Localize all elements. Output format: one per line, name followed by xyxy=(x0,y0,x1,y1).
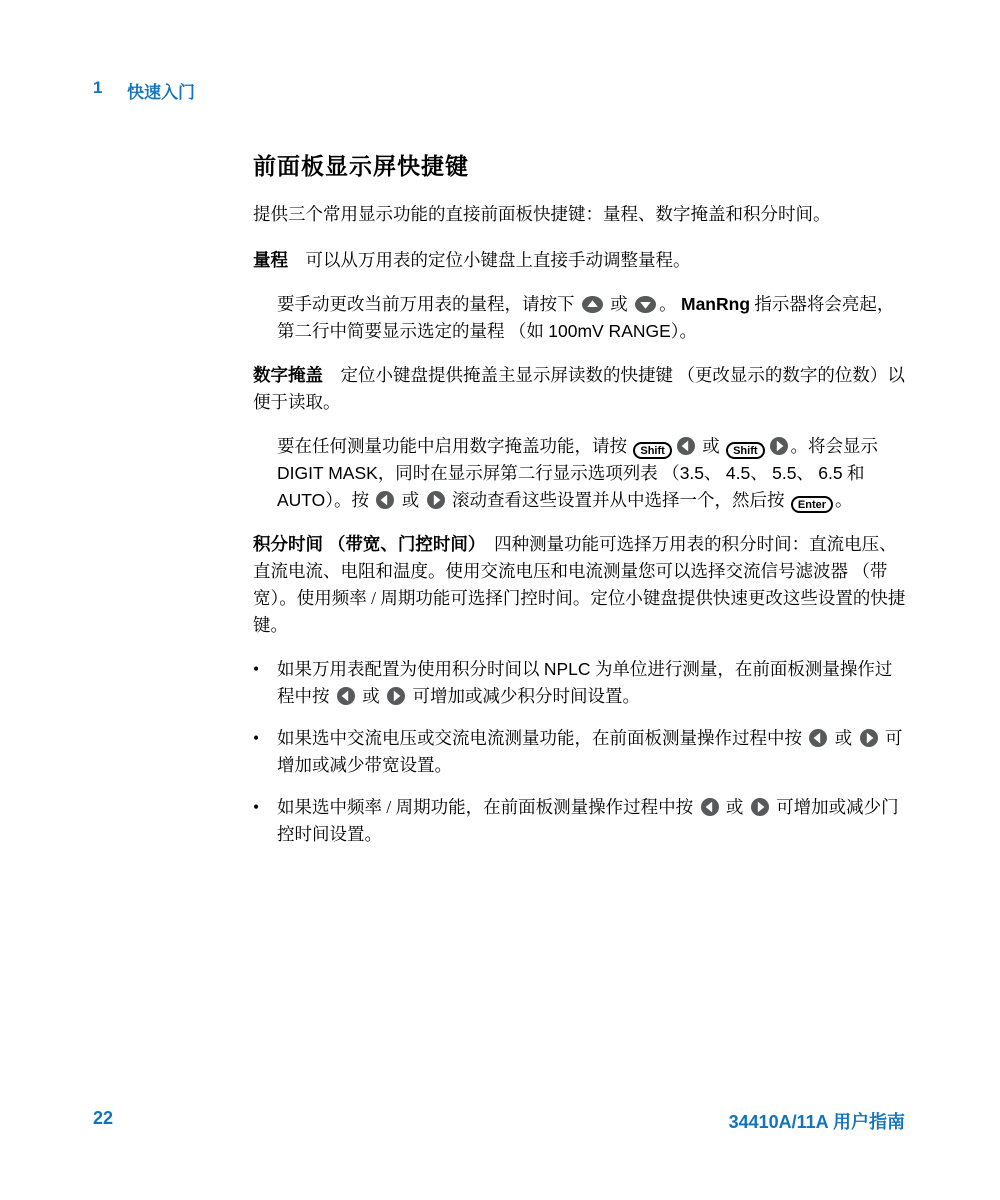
text-segment: NPLC xyxy=(544,659,591,679)
text-segment: 或 xyxy=(722,797,748,817)
right-arrow-icon xyxy=(770,437,788,455)
text-segment: 或 xyxy=(606,294,632,314)
text-segment: 或 xyxy=(358,686,384,706)
text-segment: 3.5 xyxy=(680,463,704,483)
right-arrow-icon xyxy=(751,798,769,816)
right-arrow-icon xyxy=(860,729,878,747)
text-segment: 或 xyxy=(397,490,423,510)
paragraph: 积分时间 （带宽、门控时间） 四种测量功能可选择万用表的积分时间：直流电压、直流… xyxy=(253,531,909,639)
text-segment: 如果万用表配置为使用积分时间以 xyxy=(277,659,544,679)
text-segment: 滚动查看这些设置并从中选择一个，然后按 xyxy=(448,490,789,510)
text-segment: ，同时在显示屏第二行显示选项列表 （ xyxy=(378,463,680,483)
paragraph: 要在任何测量功能中启用数字掩盖功能，请按 Shift 或 Shift。将会显示 … xyxy=(277,433,909,514)
text-segment: 5.5 xyxy=(772,463,796,483)
bullet-marker: • xyxy=(253,794,277,848)
text-segment: 6.5 xyxy=(818,463,842,483)
bullet-item: •如果选中频率 / 周期功能，在前面板测量操作过程中按 或 可增加或减少门控时间… xyxy=(253,794,909,848)
enter-key: Enter xyxy=(791,496,833,513)
text-segment: 积分时间 （带宽、门控时间） xyxy=(253,534,477,554)
paragraph: 要手动更改当前万用表的量程，请按下 或 。 ManRng 指示器将会亮起，第二行… xyxy=(277,291,909,345)
section-title: 前面板显示屏快捷键 xyxy=(253,153,909,180)
bullet-text: 如果选中交流电压或交流电流测量功能，在前面板测量操作过程中按 或 可增加或减少带… xyxy=(277,725,909,779)
text-segment: 或 xyxy=(698,436,724,456)
text-segment: 和 xyxy=(843,463,865,483)
text-segment: DIGIT MASK xyxy=(277,463,378,483)
bullet-item: •如果万用表配置为使用积分时间以 NPLC 为单位进行测量，在前面板测量操作过程… xyxy=(253,656,909,710)
bullet-text: 如果选中频率 / 周期功能，在前面板测量操作过程中按 或 可增加或减少门控时间设… xyxy=(277,794,909,848)
left-arrow-icon xyxy=(809,729,827,747)
chapter-number: 1 xyxy=(93,78,127,103)
page: 1 快速入门 前面板显示屏快捷键 提供三个常用显示功能的直接前面板快捷键：量程、… xyxy=(0,0,1000,1200)
text-segment: 如果选中交流电压或交流电流测量功能，在前面板测量操作过程中按 xyxy=(277,728,806,748)
left-arrow-icon xyxy=(701,798,719,816)
left-arrow-icon xyxy=(337,687,355,705)
intro-paragraph: 提供三个常用显示功能的直接前面板快捷键：量程、数字掩盖和积分时间。 xyxy=(253,201,909,228)
bullet-marker: • xyxy=(253,725,277,779)
text-segment: 可以从万用表的定位小键盘上直接手动调整量程。 xyxy=(288,250,691,270)
bullet-text: 如果万用表配置为使用积分时间以 NPLC 为单位进行测量，在前面板测量操作过程中… xyxy=(277,656,909,710)
text-segment: 、 xyxy=(796,463,818,483)
text-segment: 或 xyxy=(830,728,856,748)
text-segment: 如果选中频率 / 周期功能，在前面板测量操作过程中按 xyxy=(277,797,698,817)
text-segment: 可增加或减少积分时间设置。 xyxy=(408,686,640,706)
text-segment: 定位小键盘提供掩盖主显示屏读数的快捷键 （更改显示的数字的位数）以便于读取。 xyxy=(253,365,905,412)
left-arrow-icon xyxy=(677,437,695,455)
content-blocks: 量程 可以从万用表的定位小键盘上直接手动调整量程。要手动更改当前万用表的量程，请… xyxy=(253,247,909,848)
text-segment: 。 xyxy=(835,490,853,510)
page-number: 22 xyxy=(93,1108,113,1129)
footer-title: 34410A/11A 用户指南 xyxy=(729,1108,905,1134)
text-segment: ）。 xyxy=(671,321,697,341)
chapter-title: 快速入门 xyxy=(127,78,195,103)
shift-key: Shift xyxy=(726,442,764,459)
text-segment: AUTO xyxy=(277,490,325,510)
right-arrow-icon xyxy=(387,687,405,705)
text-segment: 数字掩盖 xyxy=(253,365,323,385)
text-segment: 100mV RANGE xyxy=(548,321,671,341)
text-segment: 量程 xyxy=(253,250,288,270)
text-segment: 、 xyxy=(750,463,772,483)
text-segment: 4.5 xyxy=(726,463,750,483)
text-segment: 。将会显示 xyxy=(791,436,879,456)
text-segment: 要手动更改当前万用表的量程，请按下 xyxy=(277,294,579,314)
bullet-marker: • xyxy=(253,656,277,710)
up-arrow-icon xyxy=(582,296,603,313)
right-arrow-icon xyxy=(427,491,445,509)
text-segment: ManRng xyxy=(681,294,750,314)
text-segment: 、 xyxy=(704,463,726,483)
paragraph: 数字掩盖 定位小键盘提供掩盖主显示屏读数的快捷键 （更改显示的数字的位数）以便于… xyxy=(253,362,909,416)
paragraph: 量程 可以从万用表的定位小键盘上直接手动调整量程。 xyxy=(253,247,909,274)
chapter-header: 1 快速入门 xyxy=(93,78,195,103)
bullet-item: •如果选中交流电压或交流电流测量功能，在前面板测量操作过程中按 或 可增加或减少… xyxy=(253,725,909,779)
down-arrow-icon xyxy=(635,296,656,313)
text-segment: 要在任何测量功能中启用数字掩盖功能，请按 xyxy=(277,436,631,456)
left-arrow-icon xyxy=(376,491,394,509)
text-segment: 。 xyxy=(659,294,681,314)
shift-key: Shift xyxy=(633,442,671,459)
main-content: 前面板显示屏快捷键 提供三个常用显示功能的直接前面板快捷键：量程、数字掩盖和积分… xyxy=(253,153,909,863)
text-segment: ）。按 xyxy=(325,490,373,510)
